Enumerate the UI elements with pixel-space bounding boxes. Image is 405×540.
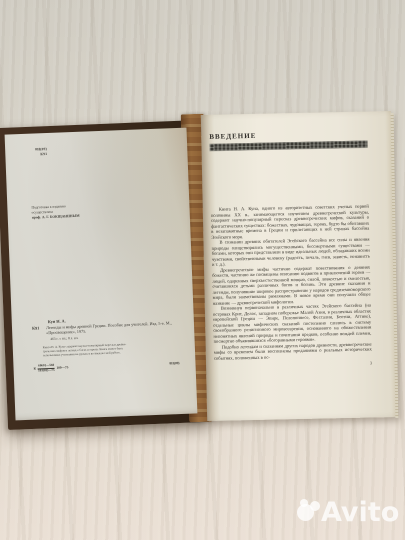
catalog-collation: 463 с. с ил.; 8 л. ил. (50, 332, 184, 342)
publisher-index-left: К 60601—560 103(03)—75 109—75 (33, 363, 68, 373)
ornament-band (209, 141, 367, 151)
intro-paragraph: В сознании древних обитателей Эгейского … (211, 237, 370, 268)
avito-watermark: Avito (292, 488, 397, 533)
catalog-bib-line1: Легенды и мифы древней Греции. Пособие д… (46, 322, 130, 330)
catalog-bib-entry: К91 Легенды и мифы древней Греции. Пособ… (32, 320, 184, 336)
avito-logo-circle-medium-icon (310, 501, 320, 511)
avito-logo-circle-small-icon (300, 499, 308, 507)
index-suffix: 109—75 (56, 365, 68, 371)
editor-credit-line: проф. А. Г. БОКЩАНИНЫМ (32, 213, 80, 220)
catalog-bib-line2: учителей. Изд. 5-е. М., «Просвещение», 1… (46, 321, 172, 336)
annotation-line: Книга Н. А. Куна содержит научно-популяр… (43, 341, 185, 350)
index-right-code: 8И(09) (169, 361, 179, 367)
left-book-page: 8И(09) К91 Подготовка к изданию осуществ… (5, 128, 198, 421)
catalog-annotation: Книга Н. А. Куна содержит научно-популяр… (43, 341, 185, 358)
avito-wordmark: Avito (321, 497, 399, 528)
right-book-page: ВВЕДЕНИЕ Книга Н. А. Куна, одного из авт… (201, 111, 397, 421)
intro-paragraph: Книга Н. А. Куна, одного из авторитетных… (211, 204, 370, 240)
catalog-card: Кун Н. А. К91 Легенды и мифы древней Гре… (32, 314, 186, 373)
editor-credit-line: осуществлена (32, 209, 80, 216)
page-number: 3 (214, 360, 375, 369)
editor-credit-line: Подготовка к изданию (31, 204, 79, 211)
avito-logo-circle-big-icon (297, 504, 314, 521)
catalog-author-mark: К91 (32, 325, 46, 336)
classification-code-line: 8И(09) (35, 147, 47, 152)
catalog-bib-text: Легенды и мифы древней Греции. Пособие д… (46, 320, 184, 336)
intro-paragraph: Древнегреческие мифы частично содержат п… (212, 264, 371, 306)
annotation-line: использована учителями на уроках и во вн… (43, 349, 185, 358)
annotation-line: греческих мифов и легенд о богах и героя… (43, 345, 185, 354)
catalog-author: Кун Н. А. (48, 314, 184, 324)
author-mark-code-line: К91 (35, 152, 47, 157)
editor-credit: Подготовка к изданию осуществлена проф. … (31, 204, 79, 220)
intro-paragraph: Возникнув первоначально в различных част… (213, 303, 372, 345)
index-denominator: 103(03)—75 (38, 367, 55, 372)
index-numerator: 60601—560 (38, 364, 55, 368)
publisher-index: К 60601—560 103(03)—75 109—75 8И(09) (33, 359, 185, 373)
introduction-text: Книга Н. А. Куна, одного из авторитетных… (211, 204, 372, 370)
chapter-title: ВВЕДЕНИЕ (209, 132, 256, 141)
index-fraction: 60601—560 103(03)—75 (38, 364, 55, 373)
index-prefix: К (33, 366, 36, 371)
classification-code: 8И(09) К91 (35, 147, 47, 157)
intro-paragraph: Подобно легендам и сказаниям других наро… (214, 341, 372, 361)
